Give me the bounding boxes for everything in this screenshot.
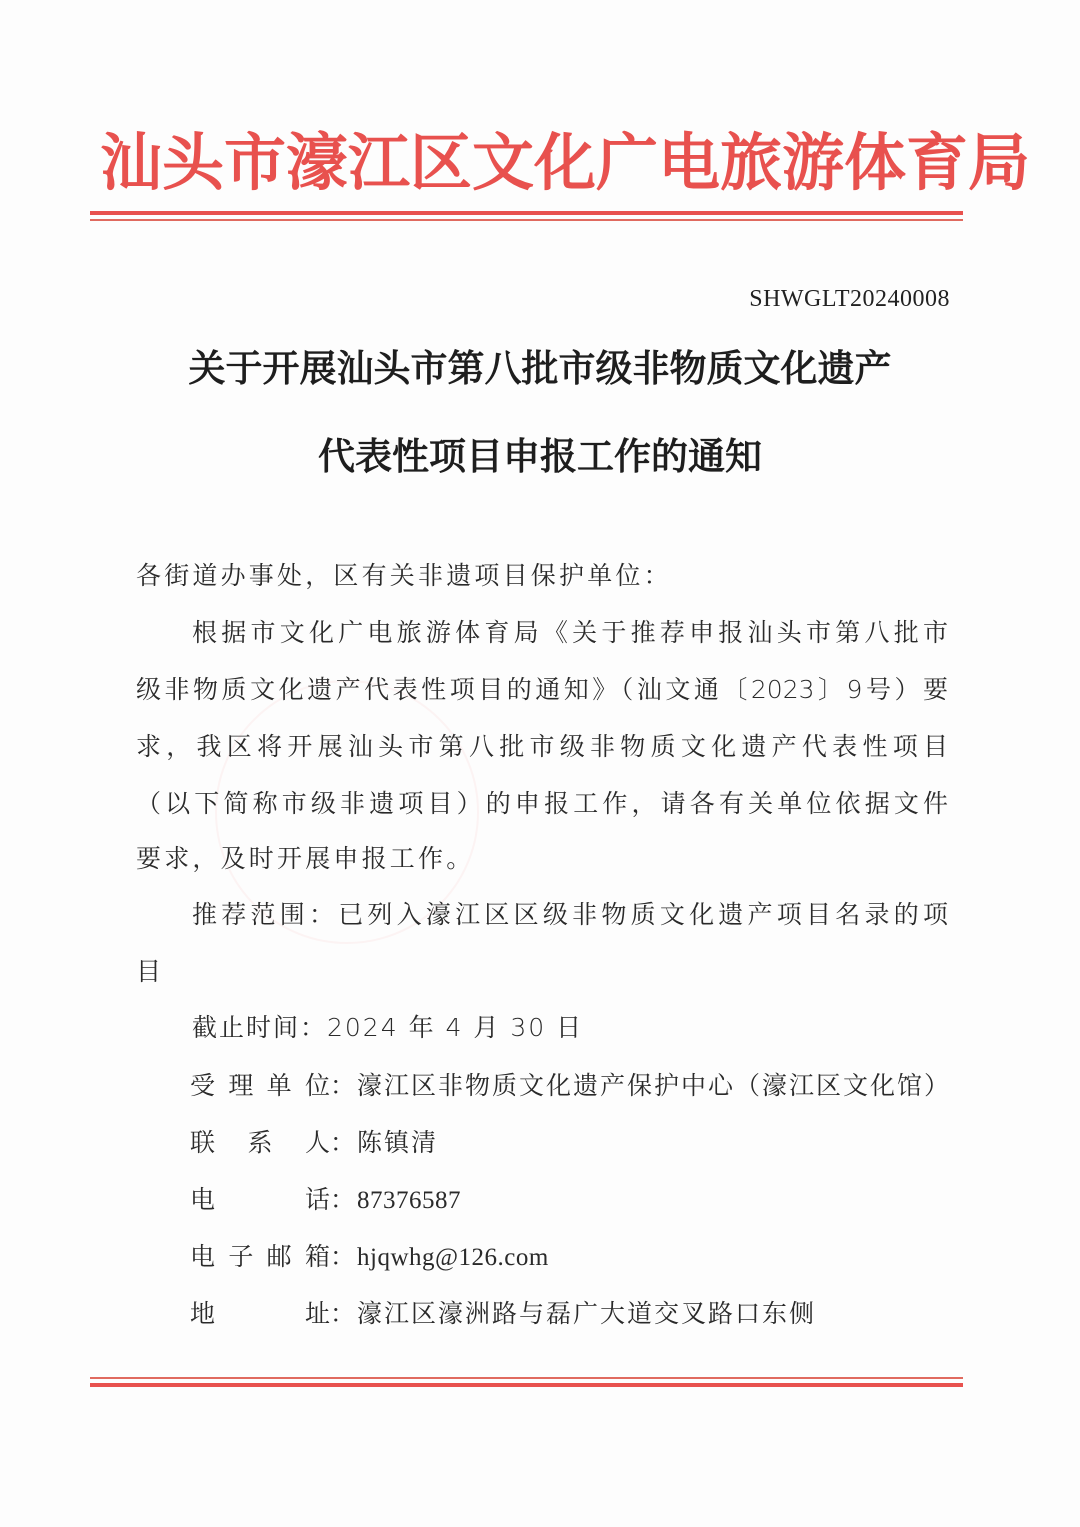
contact-phone-label: 电话 <box>190 1182 330 1218</box>
contact-address-value: 濠江区濠洲路与磊广大道交叉路口东侧 <box>357 1299 816 1328</box>
contact-email-row: 电子邮箱：hjqwhg@126.com <box>190 1239 549 1276</box>
letterhead-title: 汕头市濠江区文化广电旅游体育局 <box>100 118 970 208</box>
body-line-1: 根据市文化广电旅游体育局《关于推荐申报汕头市第八批市 <box>192 615 948 651</box>
body-line-2: 级非物质文化遗产代表性项目的通知》（汕文通〔2023〕9号）要 <box>136 672 948 708</box>
contact-email-value[interactable]: hjqwhg@126.com <box>357 1244 549 1271</box>
contact-person-row: 联系人：陈镇清 <box>190 1125 438 1161</box>
document-title-line-1: 关于开展汕头市第八批市级非物质文化遗产 <box>0 338 1080 392</box>
footer-rule-thin <box>90 1377 963 1379</box>
contact-unit-row: 受理单位：濠江区非物质文化遗产保护中心（濠江区文化馆） <box>190 1068 951 1104</box>
document-title-line-2: 代表性项目申报工作的通知 <box>0 426 1080 480</box>
salutation: 各街道办事处，区有关非遗项目保护单位： <box>136 558 948 594</box>
contact-person-label: 联系人 <box>190 1125 330 1161</box>
contact-phone-value: 87376587 <box>357 1187 461 1214</box>
scope-line-2: 目 <box>136 954 948 990</box>
document-page: 汕头市濠江区文化广电旅游体育局 SHWGLT20240008 关于开展汕头市第八… <box>0 0 1080 1527</box>
letterhead-rule-thin <box>90 219 963 221</box>
letterhead-rule-thick <box>90 211 963 215</box>
contact-person-value: 陈镇清 <box>357 1128 438 1157</box>
contact-phone-row: 电话：87376587 <box>190 1182 461 1219</box>
footer-rule-thick <box>90 1383 963 1387</box>
body-line-5: 要求，及时开展申报工作。 <box>136 841 948 877</box>
body-line-3: 求，我区将开展汕头市第八批市级非物质文化遗产代表性项目 <box>136 729 948 765</box>
contact-address-label: 地址 <box>190 1296 330 1332</box>
body-line-4: （以下简称市级非遗项目）的申报工作，请各有关单位依据文件 <box>136 786 948 822</box>
contact-address-row: 地址：濠江区濠洲路与磊广大道交叉路口东侧 <box>190 1296 816 1332</box>
deadline: 截止时间：2024 年 4 月 30 日 <box>192 1010 948 1046</box>
contact-email-label: 电子邮箱 <box>190 1239 330 1275</box>
scope-line-1: 推荐范围：已列入濠江区区级非物质文化遗产项目名录的项 <box>192 897 948 933</box>
contact-unit-value: 濠江区非物质文化遗产保护中心（濠江区文化馆） <box>357 1071 951 1100</box>
contact-unit-label: 受理单位 <box>190 1068 330 1104</box>
document-number: SHWGLT20240008 <box>749 286 950 313</box>
